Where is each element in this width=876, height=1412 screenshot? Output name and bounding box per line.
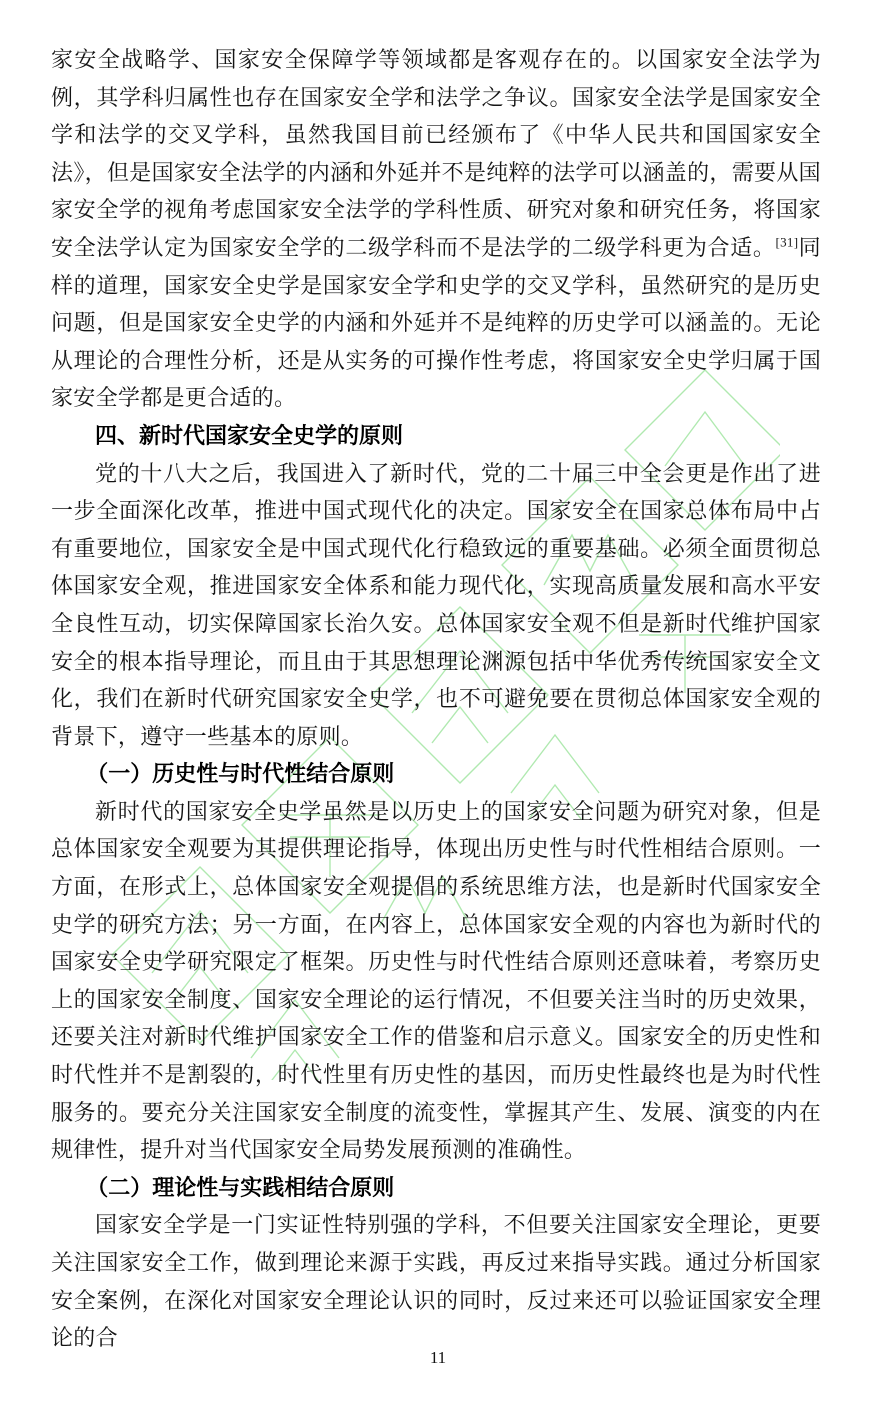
- subsection-2-paragraph: 国家安全学是一门实证性特别强的学科，不但要关注国家安全理论，更要关注国家安全工作…: [51, 1206, 821, 1356]
- subsection-1-paragraph: 新时代的国家安全史学虽然是以历史上的国家安全问题为研究对象，但是总体国家安全观要…: [51, 793, 821, 1169]
- footnote-reference-31[interactable]: [31]: [775, 235, 798, 250]
- page-number: 11: [0, 1348, 876, 1368]
- subsection-heading-2: （二）理论性与实践相结合原则: [51, 1169, 821, 1207]
- section-4-paragraph: 党的十八大之后，我国进入了新时代，党的二十届三中全会更是作出了进一步全面深化改革…: [51, 455, 821, 756]
- document-page: 家安全战略学、国家安全保障学等领域都是客观存在的。以国家安全法学为例，其学科归属…: [0, 0, 876, 1412]
- page-body: 家安全战略学、国家安全保障学等领域都是客观存在的。以国家安全法学为例，其学科归属…: [51, 41, 821, 1357]
- paragraph-continuation: 家安全战略学、国家安全保障学等领域都是客观存在的。以国家安全法学为例，其学科归属…: [51, 41, 821, 417]
- paragraph-continuation-text-pre: 家安全战略学、国家安全保障学等领域都是客观存在的。以国家安全法学为例，其学科归属…: [51, 47, 821, 260]
- subsection-heading-1: （一）历史性与时代性结合原则: [51, 755, 821, 793]
- section-heading-4: 四、新时代国家安全史学的原则: [51, 417, 821, 455]
- paragraph-continuation-text-post: 同样的道理，国家安全史学是国家安全学和史学的交叉学科，虽然研究的是历史问题，但是…: [51, 235, 821, 410]
